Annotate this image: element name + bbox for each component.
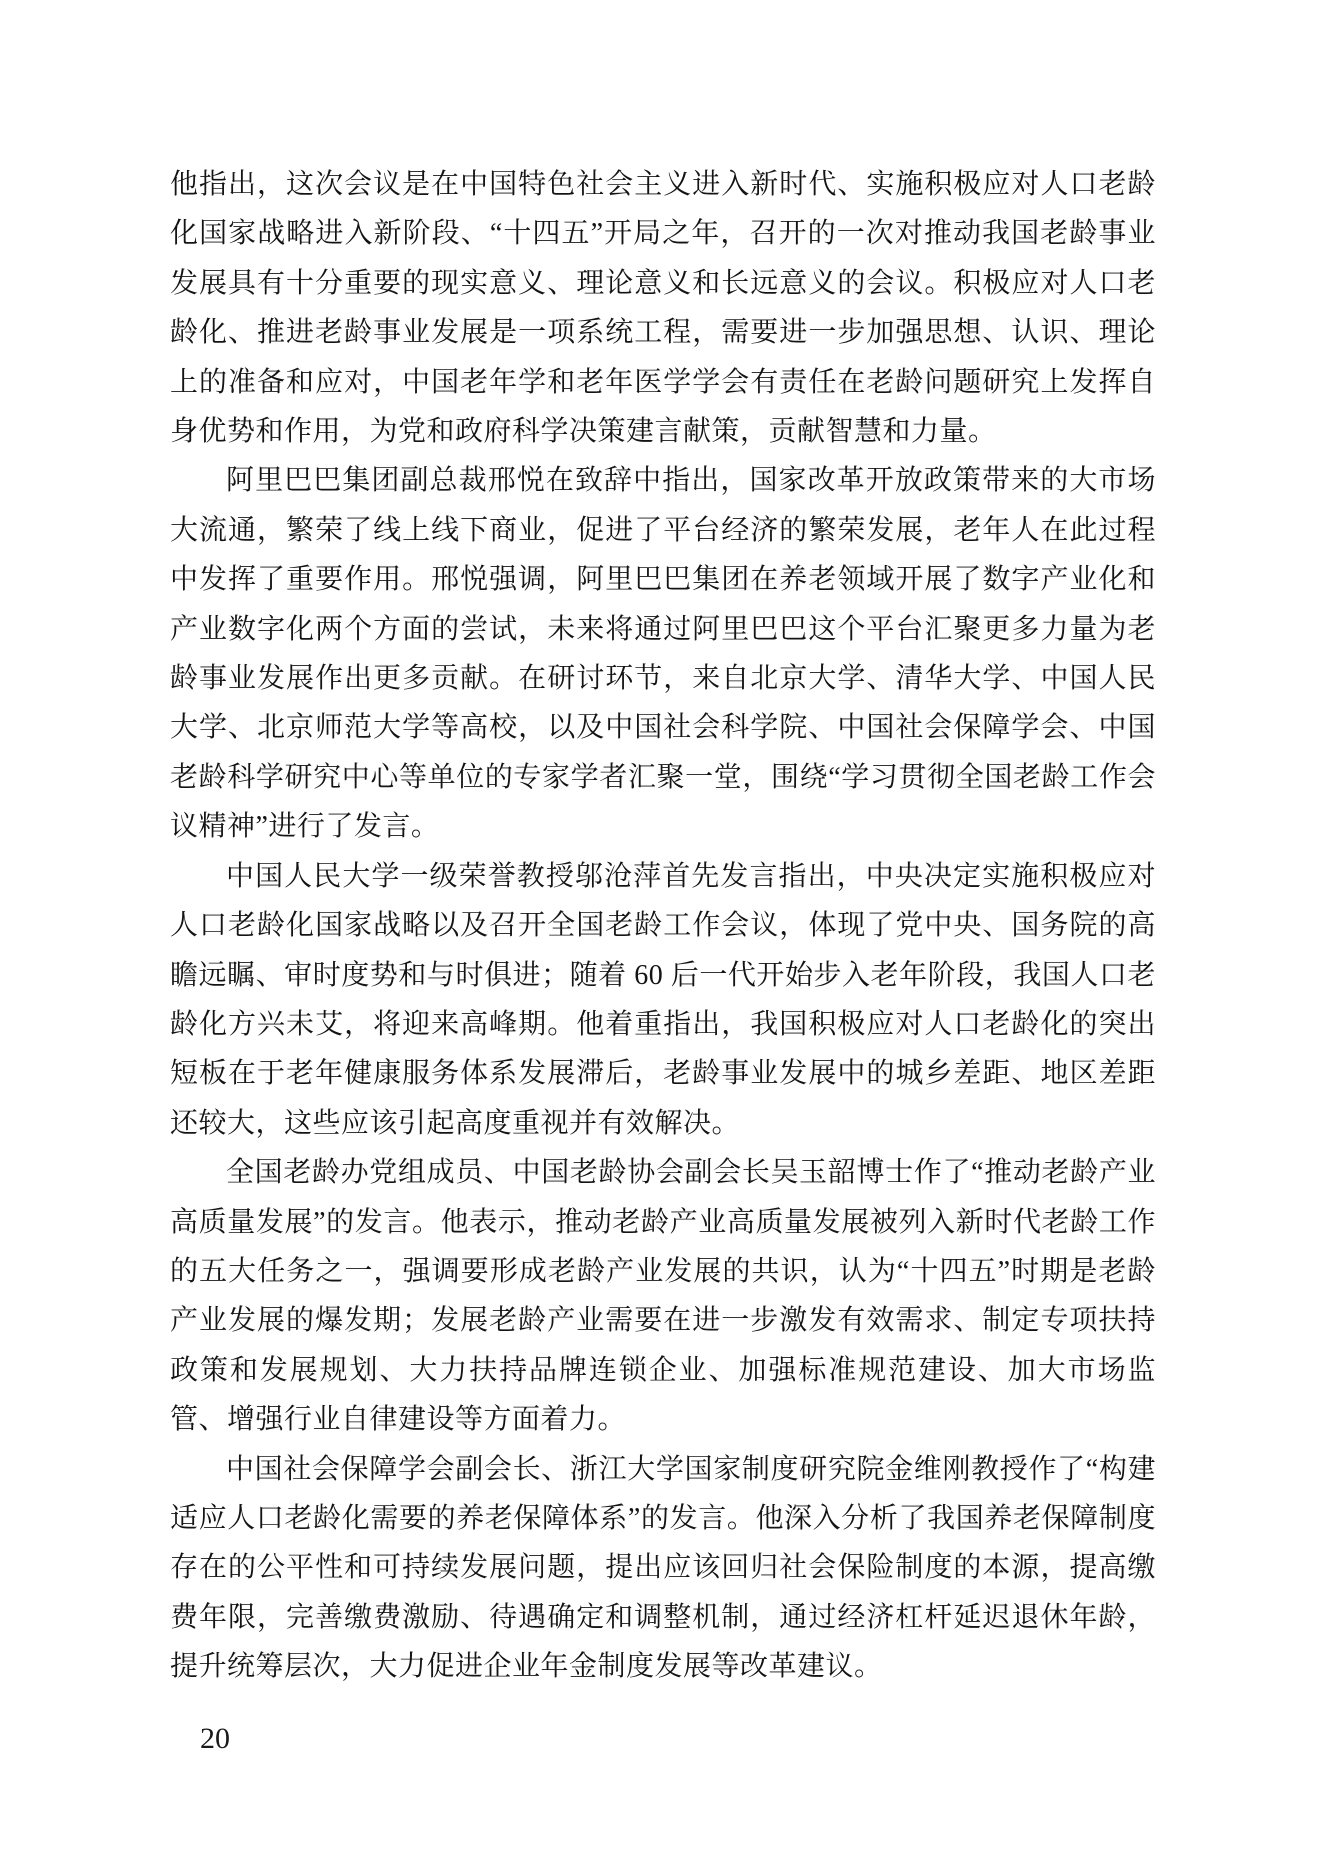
paragraph-jinweigang-speech: 中国社会保障学会副会长、浙江大学国家制度研究院金维刚教授作了“构建适应人口老龄化… <box>170 1445 1156 1692</box>
document-body: 他指出，这次会议是在中国特色社会主义进入新时代、实施积极应对人口老龄化国家战略进… <box>170 160 1156 1692</box>
paragraph-alibaba-speech: 阿里巴巴集团副总裁邢悦在致辞中指出，国家改革开放政策带来的大市场大流通，繁荣了线… <box>170 456 1156 851</box>
paragraph-wuyushao-speech: 全国老龄办党组成员、中国老龄协会副会长吴玉韶博士作了“推动老龄产业高质量发展”的… <box>170 1148 1156 1444</box>
document-page: 他指出，这次会议是在中国特色社会主义进入新时代、实施积极应对人口老龄化国家战略进… <box>0 0 1323 1871</box>
paragraph-continued: 他指出，这次会议是在中国特色社会主义进入新时代、实施积极应对人口老龄化国家战略进… <box>170 160 1156 456</box>
paragraph-wucangping-speech: 中国人民大学一级荣誉教授邬沧萍首先发言指出，中央决定实施积极应对人口老龄化国家战… <box>170 852 1156 1148</box>
page-number: 20 <box>200 1714 230 1763</box>
